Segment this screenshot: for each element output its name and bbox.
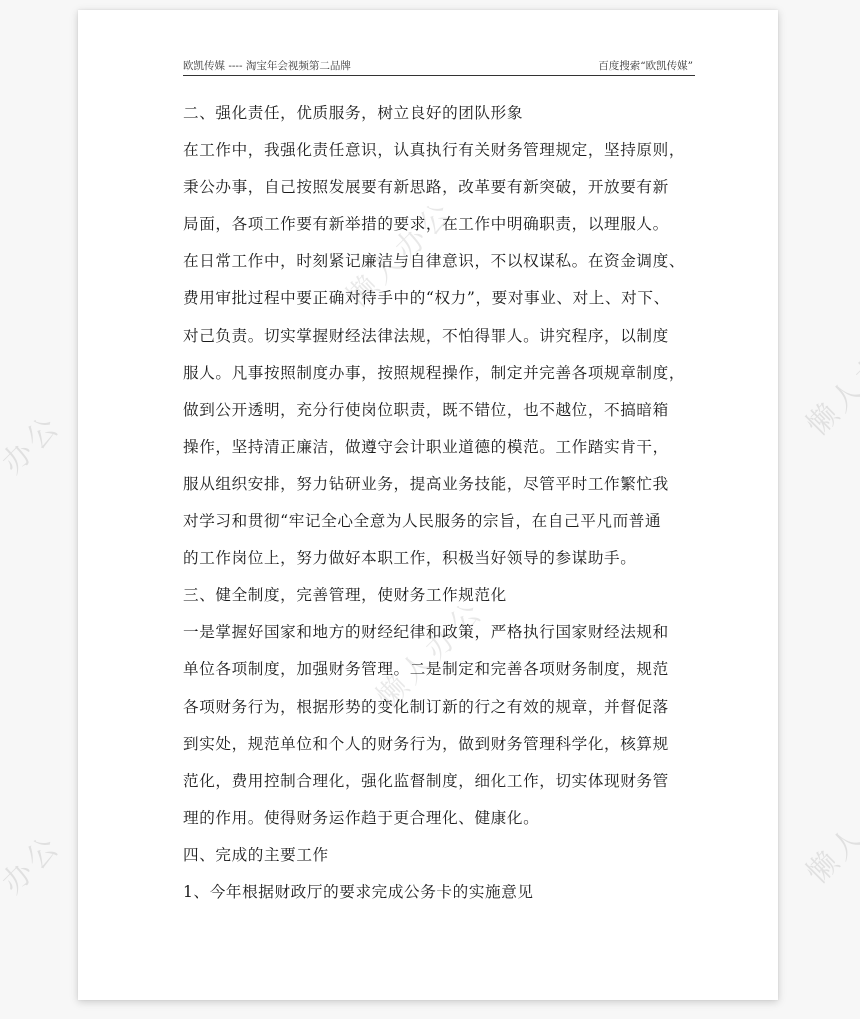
paragraph-line: 理的作用。使得财务运作趋于更合理化、健康化。 bbox=[183, 805, 703, 842]
paragraph-line: 的工作岗位上，努力做好本职工作，积极当好领导的参谋助手。 bbox=[183, 545, 703, 582]
paragraph-line: 服人。凡事按照制度办事，按照规程操作，制定并完善各项规章制度， bbox=[183, 360, 703, 397]
paragraph-line: 服从组织安排，努力钻研业务，提高业务技能，尽管平时工作繁忙我 bbox=[183, 471, 703, 508]
document-body: 二、强化责任，优质服务，树立良好的团队形象 在工作中，我强化责任意识，认真执行有… bbox=[183, 100, 703, 916]
watermark: 办公 bbox=[0, 822, 69, 901]
paragraph-line: 范化，费用控制合理化，强化监督制度，细化工作，切实体现财务管 bbox=[183, 768, 703, 805]
paragraph-line: 各项财务行为，根据形势的变化制订新的行之有效的规章，并督促落 bbox=[183, 694, 703, 731]
watermark: 懒人 bbox=[794, 812, 860, 891]
paragraph-line: 费用审批过程中要正确对待手中的“权力”，要对事业、对上、对下、 bbox=[183, 285, 703, 322]
paragraph-line: 对己负责。切实掌握财经法律法规，不怕得罪人。讲究程序，以制度 bbox=[183, 323, 703, 360]
paragraph-line: 在日常工作中，时刻紧记廉洁与自律意识，不以权谋私。在资金调度、 bbox=[183, 248, 703, 285]
page-header: 欧凯传媒 ---- 淘宝年会视频第二品牌 百度搜索“欧凯传媒” bbox=[183, 60, 695, 76]
paragraph-line: 做到公开透明，充分行使岗位职责，既不错位，也不越位，不搞暗箱 bbox=[183, 397, 703, 434]
header-left-text: 欧凯传媒 ---- 淘宝年会视频第二品牌 bbox=[183, 60, 351, 73]
watermark: 办公 bbox=[0, 402, 69, 481]
paragraph-line: 一是掌握好国家和地方的财经纪律和政策，严格执行国家财经法规和 bbox=[183, 619, 703, 656]
paragraph-line: 局面，各项工作要有新举措的要求，在工作中明确职责，以理服人。 bbox=[183, 211, 703, 248]
paragraph-line: 单位各项制度，加强财务管理。二是制定和完善各项财务制度，规范 bbox=[183, 656, 703, 693]
paragraph-line: 在工作中，我强化责任意识，认真执行有关财务管理规定，坚持原则， bbox=[183, 137, 703, 174]
section-heading-4: 四、完成的主要工作 bbox=[183, 842, 703, 879]
list-item: 1、今年根据财政厅的要求完成公务卡的实施意见 bbox=[183, 879, 703, 916]
paragraph-line: 操作，坚持清正廉洁，做遵守会计职业道德的模范。工作踏实肯干， bbox=[183, 434, 703, 471]
header-right-text: 百度搜索“欧凯传媒” bbox=[598, 60, 693, 73]
section-heading-3: 三、健全制度，完善管理，使财务工作规范化 bbox=[183, 582, 703, 619]
paragraph-line: 对学习和贯彻“牢记全心全意为人民服务的宗旨，在自己平凡而普通 bbox=[183, 508, 703, 545]
section-heading-2: 二、强化责任，优质服务，树立良好的团队形象 bbox=[183, 100, 703, 137]
paragraph-line: 秉公办事，自己按照发展要有新思路，改革要有新突破，开放要有新 bbox=[183, 174, 703, 211]
paragraph-line: 到实处，规范单位和个人的财务行为，做到财务管理科学化，核算规 bbox=[183, 731, 703, 768]
watermark: 懒人办 bbox=[794, 340, 860, 443]
